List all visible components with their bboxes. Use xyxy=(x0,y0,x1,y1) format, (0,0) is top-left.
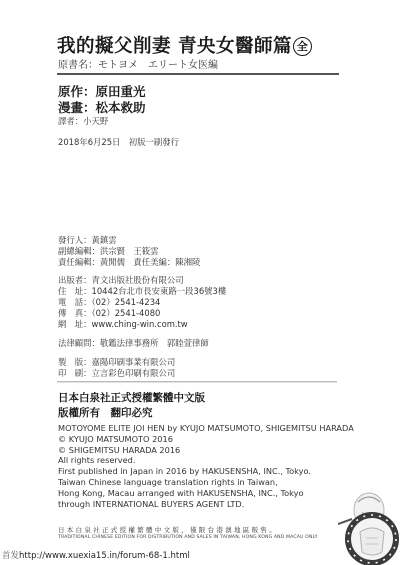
english-credit-line: through INTERNATIONAL BUYERS AGENT LTD. xyxy=(58,499,354,510)
english-credit-line: © KYUJO MATSUMOTO 2016 xyxy=(58,434,354,445)
volume-mark: 全 xyxy=(293,37,312,56)
english-credit-line: Taiwan Chinese language translation righ… xyxy=(58,477,354,488)
footer-prefix: 首发 xyxy=(2,551,19,561)
production-divider xyxy=(57,381,337,382)
staff-list: 發行人：黃鎮雲 副總編輯：洪宗賢 王筱雲 責任編輯：黃閒儒 責任美編：陳湘陵 xyxy=(58,235,200,268)
english-credit-line: First published in Japan in 2016 by HAKU… xyxy=(58,466,354,477)
book-title: 我的擬父削妻 青央女醫師篇全 xyxy=(57,32,312,58)
footer-url[interactable]: http://www.xuexia15.in/forum-68-1.html xyxy=(19,551,190,561)
original-title-label: 原書名： xyxy=(58,60,98,71)
english-credit-line: © SHIGEMITSU HARADA 2016 xyxy=(58,445,354,456)
english-credit-line: MOTOYOME ELITE JOI HEN by KYUJO MATSUMOT… xyxy=(58,423,354,434)
publisher-fax: 傳 真：（02）2541-4080 xyxy=(58,308,226,319)
publisher-website[interactable]: 網 址：www.ching-win.com.tw xyxy=(58,319,226,330)
publisher-info: 出版者：青文出版社股份有限公司 住 址：10442台北市長安東路一段36號3樓 … xyxy=(58,275,226,330)
title-divider xyxy=(57,73,339,75)
manga-artist: 漫畫：松本救助 xyxy=(58,98,146,116)
original-title: 原書名：モトヨメ エリート女医編 xyxy=(58,56,218,71)
publisher-name: 出版者：青文出版社股份有限公司 xyxy=(58,275,226,286)
staff-line: 發行人：黃鎮雲 xyxy=(58,235,200,246)
staff-line: 責任編輯：黃閒儒 責任美編：陳湘陵 xyxy=(58,257,200,268)
publisher-phone: 電 話：（02）2541-4234 xyxy=(58,297,226,308)
mascot-seal-logo-icon xyxy=(338,488,400,565)
copyright-notice: 版權所有 翻印必究 xyxy=(58,405,153,420)
staff-line: 副總編輯：洪宗賢 王筱雲 xyxy=(58,246,200,257)
source-footer: 首发http://www.xuexia15.in/forum-68-1.html xyxy=(2,549,190,561)
publish-date: 2018年6月25日 初版一刷發行 xyxy=(58,137,179,148)
english-credit-line: Hong Kong, Macau arranged with HAKUSENSH… xyxy=(58,488,354,499)
legal-advisor: 法律顧問：敬鑑法律事務所 郭睦萱律師 xyxy=(58,338,209,349)
production-info: 製 版：嘉陽印刷事業有限公司 印 刷：立言彩色印刷有限公司 xyxy=(58,357,175,379)
publisher-address: 住 址：10442台北市長安東路一段36號3樓 xyxy=(58,286,226,297)
distribution-notice-chinese: 日本白泉社正式授權繁體中文版，僅限台港澳地區販售。 xyxy=(58,525,278,534)
plate-maker: 製 版：嘉陽印刷事業有限公司 xyxy=(58,357,175,368)
english-credit-line: All rights reserved. xyxy=(58,455,354,466)
printer: 印 刷：立言彩色印刷有限公司 xyxy=(58,368,175,379)
english-credits: MOTOYOME ELITE JOI HEN by KYUJO MATSUMOT… xyxy=(58,423,354,509)
book-title-text: 我的擬父削妻 青央女醫師篇 xyxy=(57,36,292,57)
authorized-edition: 日本白泉社正式授權繁體中文版 xyxy=(58,390,205,405)
translator: 譯者：小天野 xyxy=(58,116,108,127)
distribution-notice-english: TRADITIONAL CHINESE EDITION FOR DISTRIBU… xyxy=(58,535,318,540)
original-title-value: モトヨメ エリート女医編 xyxy=(98,60,218,71)
